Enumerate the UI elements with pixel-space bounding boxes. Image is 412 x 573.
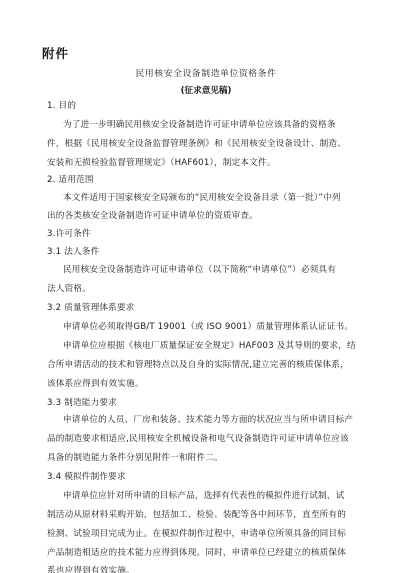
paragraph-line: 产品制造相适应的技术能力应得到体现。同时，申请单位已经建立的核质保体 (47, 548, 346, 559)
section-heading-license-conditions: 3.许可条件 (47, 229, 91, 240)
paragraph-line: 申请单位必须取得GB/T 19001（或 ISO 9001）质量管理体系认证证书… (63, 322, 353, 333)
paragraph-line: 民用核安全设备制造许可证申请单位（以下简称“申请单位”）必须具有 (63, 265, 336, 276)
section-heading-scope: 2. 适用范围 (47, 175, 94, 186)
document-title: 民用核安全设备制造单位资格条件 (0, 66, 412, 79)
paragraph-line: 合所申请活动的技术和管理特点以及自身的实际情况,建立完善的核质保体系， (47, 360, 349, 371)
paragraph-line: 检测、试验项目完成为止。在模拟件制作过程中，申请单位所须具备的同目标 (47, 529, 346, 540)
paragraph-line: 申请单位应根据《核电厂质量保证安全规定》HAF003 及其导则的要求，结 (63, 341, 356, 352)
subsection-heading-legal-entity: 3.1 法人条件 (47, 247, 99, 258)
subsection-heading-quality: 3.2 质量管理体系要求 (47, 303, 135, 314)
paragraph-line: 具备的制造能力条件分别见附件一和附件二。 (47, 453, 223, 464)
paragraph-line: 本文件适用于国家核安全局颁布的“民用核安全设备目录（第一批）”中列 (63, 193, 341, 204)
paragraph-line: 为了进一步明确民用核安全设备制造许可证申请单位应该具备的资格条 (63, 120, 336, 131)
paragraph-line: 出的各类核安全设备制造许可证申请单位的资质审查。 (47, 211, 258, 222)
paragraph-line: 法人资格。 (47, 284, 91, 295)
document-subtitle: (征求意见稿) (0, 84, 412, 96)
subsection-heading-mockup: 3.4 模拟件制作要求 (47, 472, 126, 483)
paragraph-line: 系也应得到有效实施。 (47, 566, 135, 573)
section-heading-purpose: 1. 目的 (47, 101, 76, 112)
subsection-heading-manufacturing: 3.3 制造能力要求 (47, 398, 117, 409)
document-page: 附件 民用核安全设备制造单位资格条件 (征求意见稿) 1. 目的 为了进一步明确… (0, 0, 412, 573)
paragraph-line: 申请单位应针对所申请的目标产品，选择有代表性的模拟件进行试制，试 (63, 491, 344, 502)
paragraph-line: 件，根据《民用核安全设备监督管理条例》和《民用核安全设备设计、制造、 (47, 139, 346, 150)
paragraph-line: 该体系应得到有效实施。 (47, 379, 144, 390)
paragraph-line: 品的制造要求相适应,民用核安全机械设备和电气设备制造许可证申请单位应该 (47, 434, 349, 445)
paragraph-line: 申请单位的人员、厂房和装备、技术能力等方面的状况应当与所申请目标产 (63, 415, 353, 426)
paragraph-line: 安装和无损检验监督管理规定》（HAF601），制定本文件。 (47, 158, 276, 169)
attachment-label: 附件 (42, 44, 69, 62)
paragraph-line: 制活动从原材料采购开始，包括加工、检验、装配等各中间环节，直至所有的 (47, 510, 346, 521)
